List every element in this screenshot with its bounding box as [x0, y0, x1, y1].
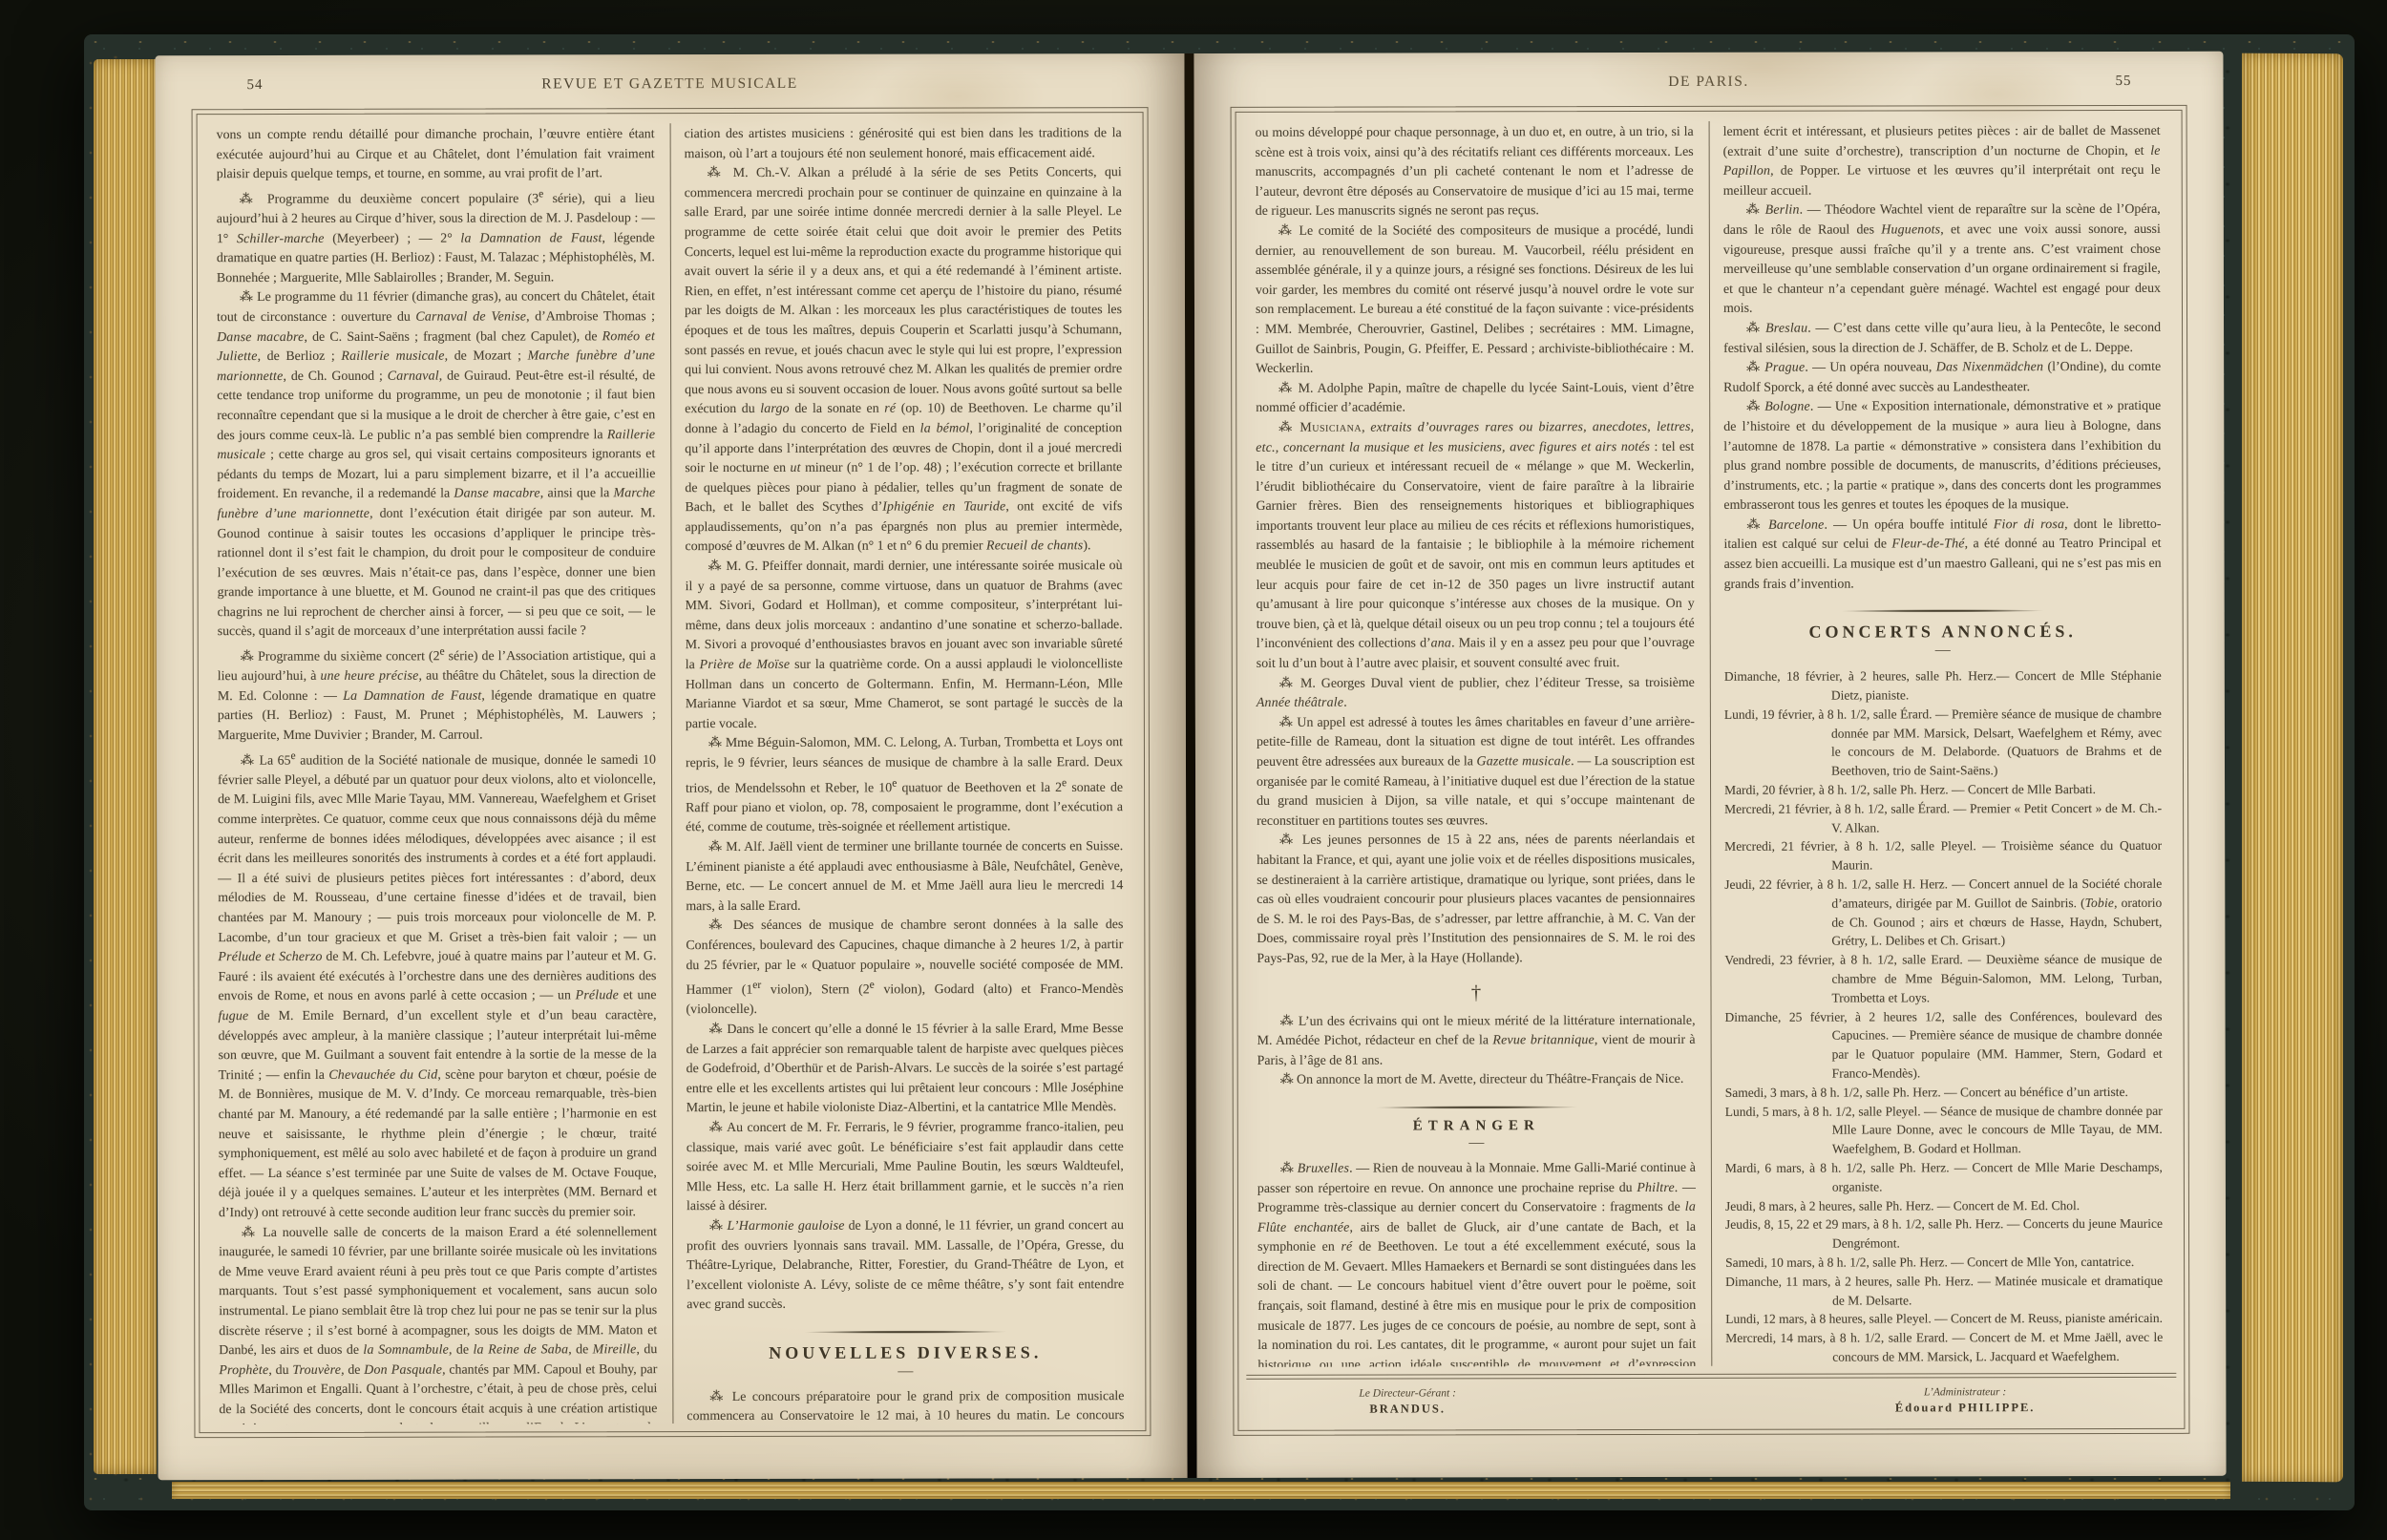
- footer-rule: [1246, 1373, 2176, 1380]
- page-number: 55: [2115, 74, 2131, 90]
- right-page-column-1: ou moins développé pour chaque personnag…: [1242, 121, 1712, 1367]
- text-frame: vons un compte rendu détaillé pour diman…: [192, 107, 1151, 1438]
- paragraph: ⁂ M. Adolphe Papin, maître de chapelle d…: [1256, 379, 1694, 419]
- concert-entry: Mercredi, 14 mars, à 8 h. 1/2, salle Era…: [1725, 1328, 2163, 1366]
- paragraph: lement écrit et intéressant, et plusieur…: [1723, 122, 2161, 201]
- concert-entry: Mercredi, 21 février, à 8 h. 1/2, salle …: [1724, 799, 2162, 838]
- page-spread: 54 REVUE ET GAZETTE MUSICALE vons un com…: [155, 52, 2226, 1481]
- section-heading-concerts-annonces: CONCERTS ANNONCÉS.: [1724, 622, 2162, 643]
- administrator-label: L’Administrateur :: [1895, 1386, 2036, 1398]
- paragraph: ⁂ On annonce la mort de M. Avette, direc…: [1257, 1070, 1696, 1091]
- director-block: Le Directeur-Gérant : BRANDUS.: [1359, 1387, 1456, 1416]
- photograph-background: 54 REVUE ET GAZETTE MUSICALE vons un com…: [0, 0, 2387, 1540]
- section-divider: [805, 1330, 1005, 1333]
- running-title: REVUE ET GAZETTE MUSICALE: [541, 75, 797, 93]
- page-number: 54: [246, 77, 263, 94]
- paragraph: ciation des artistes musiciens : généros…: [685, 124, 1122, 164]
- paragraph: ⁂ Les jeunes personnes de 15 à 22 ans, n…: [1257, 831, 1695, 969]
- columns: ou moins développé pour chaque personnag…: [1242, 120, 2179, 1367]
- administrator-block: L’Administrateur : Édouard PHILIPPE.: [1895, 1386, 2036, 1415]
- paragraph: ⁂ Un appel est adressé à toutes les âmes…: [1257, 713, 1695, 833]
- concert-entry: Jeudis, 8, 15, 22 et 29 mars, à 8 h. 1/2…: [1725, 1214, 2163, 1254]
- right-page: DE PARIS. 55 ou moins développé pour cha…: [1193, 52, 2226, 1478]
- paragraph: ⁂ M. Alf. Jaëll vient de terminer une br…: [686, 837, 1123, 917]
- paragraph: ⁂ Musiciana, extraits d’ouvrages rares o…: [1256, 418, 1695, 675]
- heading-dash: —: [687, 1364, 1124, 1379]
- paragraph: ⁂ La nouvelle salle de concerts de la ma…: [219, 1223, 658, 1424]
- concert-entry: Lundi, 12 mars, à 8 heures, salle Pleyel…: [1725, 1309, 2163, 1329]
- text-frame-inner: vons un compte rendu détaillé pour diman…: [197, 112, 1147, 1433]
- paragraph: ⁂ Bologne. — Une « Exposition internatio…: [1723, 397, 2161, 517]
- running-head: 54 REVUE ET GAZETTE MUSICALE: [193, 74, 1146, 101]
- concert-entry: Lundi, 5 mars, à 8 h. 1/2, salle Pleyel.…: [1725, 1101, 2163, 1158]
- paragraph: ⁂ Programme du deuxième concert populair…: [217, 184, 655, 289]
- concert-entry: Jeudi, 22 février, à 8 h. 1/2, salle H. …: [1724, 875, 2162, 951]
- page-footer: Le Directeur-Gérant : BRANDUS. L’Adminis…: [1244, 1373, 2178, 1417]
- paragraph: ⁂ Berlin. — Théodore Wachtel vient de re…: [1723, 200, 2161, 320]
- left-page-column-1: vons un compte rendu détaillé pour diman…: [203, 123, 673, 1424]
- paragraph: ⁂ Bruxelles. — Rien de nouveau à la Monn…: [1257, 1159, 1697, 1367]
- paragraph: ⁂ Le comité de la Société des compositeu…: [1256, 222, 1694, 380]
- paragraph: ⁂ La 65e audition de la Société national…: [218, 746, 657, 1224]
- paragraph: ⁂ Dans le concert qu’elle a donné le 15 …: [687, 1020, 1124, 1119]
- concert-entry: Dimanche, 18 février, à 2 heures, salle …: [1724, 666, 2162, 706]
- heading-dash: —: [1257, 1136, 1696, 1150]
- obituary-cross-icon: †: [1257, 980, 1695, 1004]
- text-frame-inner: ou moins développé pour chaque personnag…: [1236, 110, 2186, 1431]
- paragraph-group: ⁂ Le concours préparatoire pour le grand…: [687, 1387, 1124, 1424]
- paragraph-group: lement écrit et intéressant, et plusieur…: [1723, 122, 2162, 595]
- paragraph: ⁂ Breslau. — C’est dans cette ville qu’a…: [1723, 319, 2161, 359]
- paragraph: ⁂ Au concert de M. Fr. Ferraris, le 9 fé…: [687, 1118, 1124, 1217]
- left-page-column-2: ciation des artistes musiciens : généros…: [670, 122, 1140, 1424]
- paragraph: ⁂ Programme du sixième concert (2e série…: [218, 642, 656, 747]
- concert-entry: Mercredi, 21 février, à 8 h. 1/2, salle …: [1724, 836, 2162, 875]
- concert-entry: Dimanche, 11 mars, à 2 heures, salle Ph.…: [1725, 1272, 2163, 1311]
- gilt-page-edge-right: [2242, 53, 2343, 1482]
- paragraph: ⁂ Barcelone. — Un opéra bouffe intitulé …: [1723, 516, 2161, 595]
- concert-entry: Vendredi, 23 février, à 8 h. 1/2, salle …: [1724, 950, 2162, 1007]
- concert-entry: Dimanche, 25 février, à 2 heures 1/2, sa…: [1725, 1006, 2163, 1083]
- paragraph: ⁂ M. G. Pfeiffer donnait, mardi dernier,…: [686, 557, 1123, 734]
- paragraph-group: ⁂ L’un des écrivains qui ont le mieux mé…: [1257, 1011, 1696, 1090]
- concert-entry: Mardi, 20 février, à 8 h. 1/2, salle Ph.…: [1724, 780, 2162, 800]
- paragraph: ⁂ Des séances de musique de chambre sero…: [686, 917, 1123, 1022]
- book: 54 REVUE ET GAZETTE MUSICALE vons un com…: [84, 34, 2355, 1510]
- gilt-page-edge-left: [94, 59, 157, 1474]
- section-heading-etranger: ÉTRANGER: [1257, 1118, 1696, 1135]
- paragraph: ⁂ M. Georges Duval vient de publier, che…: [1257, 674, 1695, 714]
- paragraph: ⁂ Le programme du 11 février (dimanche g…: [217, 288, 656, 643]
- concert-entry: Jeudi, 8 mars, à 2 heures, salle Ph. Her…: [1725, 1195, 2163, 1215]
- text-frame: ou moins développé pour chaque personnag…: [1231, 105, 2190, 1436]
- section-divider: [1376, 1106, 1576, 1108]
- paragraph: ⁂ L’un des écrivains qui ont le mieux mé…: [1257, 1011, 1696, 1071]
- paragraph: ⁂ Le concours préparatoire pour le grand…: [687, 1387, 1124, 1424]
- director-name: BRANDUS.: [1359, 1402, 1456, 1416]
- paragraph: vons un compte rendu détaillé pour diman…: [217, 125, 655, 185]
- director-label: Le Directeur-Gérant :: [1359, 1387, 1456, 1399]
- concert-entry: Samedi, 3 mars, à 8 h. 1/2, salle Ph. He…: [1725, 1083, 2163, 1103]
- gilt-page-edge-bottom: [172, 1482, 2230, 1499]
- paragraph-group: ciation des artistes musiciens : généros…: [685, 124, 1125, 1316]
- heading-dash: —: [1724, 643, 2162, 658]
- paragraph: ⁂ L’Harmonie gauloise de Lyon a donné, l…: [687, 1216, 1124, 1316]
- left-page: 54 REVUE ET GAZETTE MUSICALE vons un com…: [155, 53, 1187, 1480]
- paragraph-group: ⁂ Bruxelles. — Rien de nouveau à la Monn…: [1257, 1159, 1697, 1367]
- administrator-name: Édouard PHILIPPE.: [1895, 1401, 2036, 1415]
- columns: vons un compte rendu détaillé pour diman…: [203, 122, 1140, 1424]
- concert-entry: Lundi, 19 février, à 8 h. 1/2, salle Éra…: [1724, 705, 2162, 781]
- section-divider: [1843, 609, 2043, 612]
- concert-entry: Mardi, 6 mars, à 8 h. 1/2, salle Ph. Her…: [1725, 1158, 2163, 1197]
- paragraph: ⁂ M. Ch.-V. Alkan a préludé à la série d…: [685, 163, 1123, 558]
- paragraph: ⁂ Mme Béguin-Salomon, MM. C. Lelong, A. …: [686, 734, 1123, 839]
- paragraph-group: ou moins développé pour chaque personnag…: [1256, 123, 1696, 969]
- running-title: DE PARIS.: [1668, 74, 1748, 90]
- running-head: DE PARIS. 55: [1232, 73, 2185, 99]
- section-heading-nouvelles-diverses: NOUVELLES DIVERSES.: [687, 1342, 1124, 1363]
- concert-list: Dimanche, 18 février, à 2 heures, salle …: [1724, 666, 2164, 1366]
- paragraph: ou moins développé pour chaque personnag…: [1256, 123, 1694, 222]
- right-page-column-2: lement écrit et intéressant, et plusieur…: [1709, 120, 2179, 1366]
- paragraph: ⁂ Prague. — Un opéra nouveau, Das Nixenm…: [1723, 358, 2161, 398]
- concert-entry: Samedi, 10 mars, à 8 h. 1/2, salle Ph. H…: [1725, 1253, 2163, 1273]
